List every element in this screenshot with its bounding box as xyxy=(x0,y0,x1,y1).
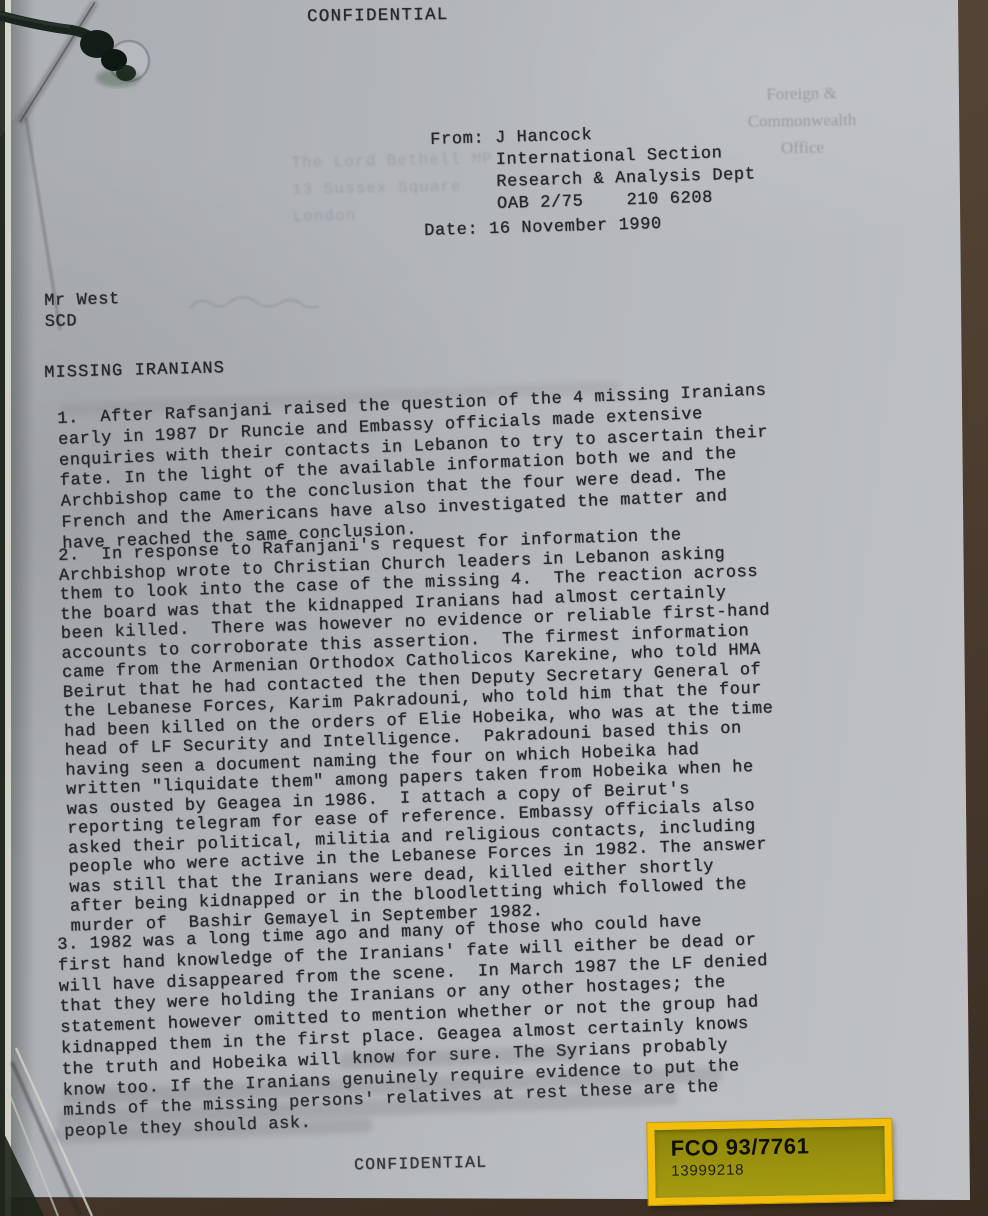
from-block: From: J Hancock International Section Re… xyxy=(430,120,757,218)
scanned-memo-photo: Foreign & Commonwealth Office The Lord B… xyxy=(0,0,988,1216)
recipient-block: Mr West SCD xyxy=(44,289,121,333)
archive-barcode-number: 13999218 xyxy=(671,1158,885,1182)
classification-bottom: CONFIDENTIAL xyxy=(354,1153,488,1175)
classification-top: CONFIDENTIAL xyxy=(307,5,449,27)
archive-tag: FCO 93/7761 13999218 xyxy=(647,1119,892,1205)
archive-reference: FCO 93/7761 xyxy=(671,1132,885,1162)
paragraph-2: 2. In response to Rafanjani's request fo… xyxy=(58,523,780,936)
